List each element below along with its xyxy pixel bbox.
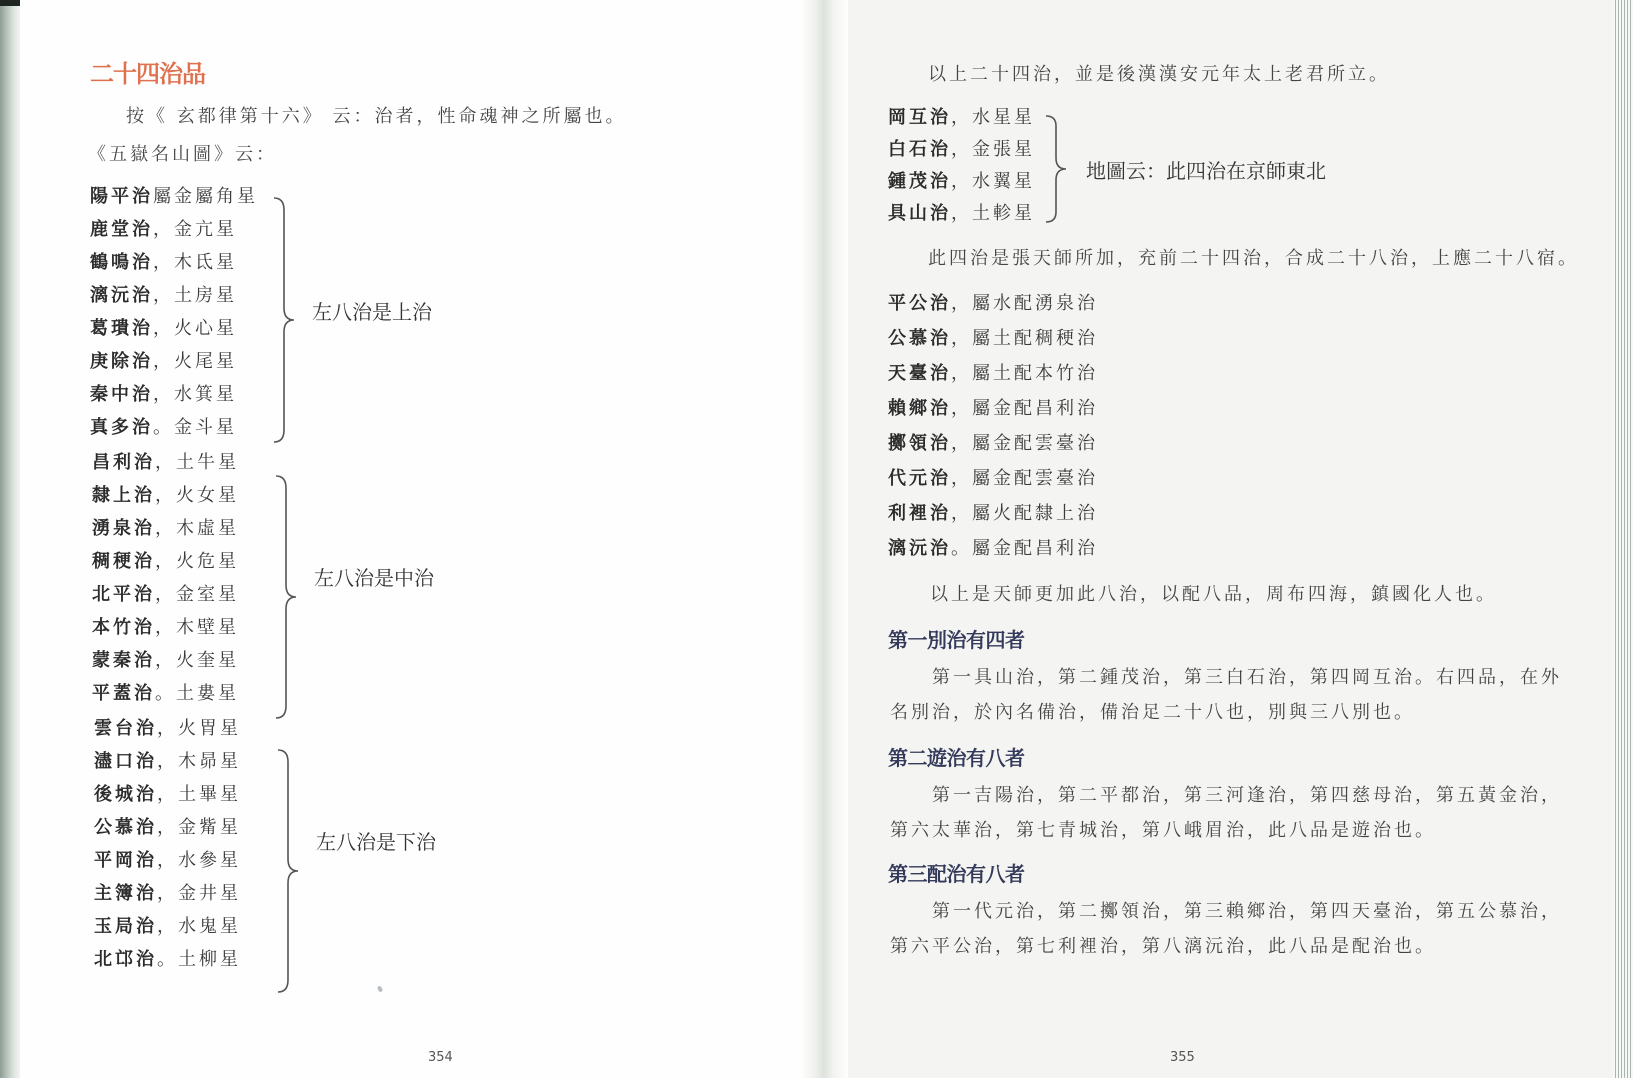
list-item: 本竹治，木壁星 [92,611,239,644]
group-label-lower: 左八治是下治 [316,826,436,855]
list-item: 賴鄉治，屬金配昌利治 [888,391,1098,426]
left-page: 二十四治品 按《 玄都律第十六》 云：治者，性命魂神之所屬也。 《五嶽名山圖》云… [20,0,820,1078]
zhi-group-middle: 昌利治，土牛星 隸上治，火女星 湧泉治，木虛星 稠稉治，火危星 北平治，金室星 … [92,446,239,710]
list-item: 昌利治，土牛星 [92,446,239,479]
section-3-line-2: 第六平公治，第七利裡治，第八漓沅治，此八品是配治也。 [890,929,1550,964]
curly-brace-icon [276,748,306,994]
section-2-line-2: 第六太華治，第七青城治，第八峨眉治，此八品是遊治也。 [890,813,1550,848]
book-spread: 二十四治品 按《 玄都律第十六》 云：治者，性命魂神之所屬也。 《五嶽名山圖》云… [0,0,1633,1078]
section-heading-2: 第二遊治有八者 [888,742,1025,771]
list-item: 陽平治屬金屬角星 [90,180,258,213]
page-number-left: 354 [428,1050,453,1065]
page-edge-right [1613,0,1633,1078]
extra-group-label: 地圖云：此四治在京師東北 [1086,155,1326,184]
group-label-middle: 左八治是中治 [314,562,434,591]
list-item: 北邙治。土柳星 [94,943,241,976]
list-item: 湧泉治，木虛星 [92,512,239,545]
list-item: 主簿治，金井星 [94,877,241,910]
extra-note: 此四治是張天師所加，充前二十四治，合成二十八治，上應二十八宿。 [928,244,1579,270]
list-item: 平蓋治。土婁星 [92,677,239,710]
list-item: 隸上治，火女星 [92,479,239,512]
scan-speck [377,985,383,992]
chapter-title: 二十四治品 [90,54,205,89]
zhi-group-upper: 陽平治屬金屬角星 鹿堂治，金亢星 鶴鳴治，木氐星 漓沅治，土房星 葛璝治，火心星… [90,180,258,444]
curly-brace-icon [274,474,304,720]
pairing-list: 平公治，屬水配湧泉治 公慕治，屬土配稠稉治 天臺治，屬土配本竹治 賴鄉治，屬金配… [888,286,1098,566]
list-item: 後城治，土畢星 [94,778,241,811]
section-2-line-1: 第一吉陽治，第二平都治，第三河逢治，第四慈母治，第五黃金治， [890,778,1550,813]
list-item: 鶴鳴治，木氐星 [90,246,258,279]
list-item: 平公治，屬水配湧泉治 [888,286,1098,321]
section-1-line-1: 第一具山治，第二鍾茂治，第三白石治，第四岡互治。右四品，在外 [890,660,1550,695]
section-body-1: 第一具山治，第二鍾茂治，第三白石治，第四岡互治。右四品，在外 名別治，於內名備治… [890,660,1550,730]
right-page: 以上二十四治，並是後漢漢安元年太上老君所立。 岡互治，水星星 白石治，金張星 鍾… [820,0,1613,1078]
list-item: 北平治，金室星 [92,578,239,611]
list-item: 天臺治，屬土配本竹治 [888,356,1098,391]
list-item: 公慕治，金觜星 [94,811,241,844]
intro-line-1: 按《 玄都律第十六》 云：治者，性命魂神之所屬也。 [126,102,626,128]
list-item: 岡互治，水星星 [888,102,1035,134]
list-item: 鹿堂治，金亢星 [90,213,258,246]
section-heading-1: 第一別治有四者 [888,624,1025,653]
curly-brace-icon [1044,114,1074,224]
list-item: 葛璝治，火心星 [90,312,258,345]
list-item: 真多治。金斗星 [90,411,258,444]
page-edge-left [0,0,20,1078]
list-item: 代元治，屬金配雲臺治 [888,461,1098,496]
section-1-line-2: 名別治，於內名備治，備治足二十八也，別與三八別也。 [890,695,1550,730]
section-body-2: 第一吉陽治，第二平都治，第三河逢治，第四慈母治，第五黃金治， 第六太華治，第七青… [890,778,1550,848]
group-label-upper: 左八治是上治 [312,296,432,325]
list-item: 擲領治，屬金配雲臺治 [888,426,1098,461]
list-item: 玉局治，水鬼星 [94,910,241,943]
list-item: 鍾茂治，水翼星 [888,166,1035,198]
section-heading-3: 第三配治有八者 [888,858,1025,887]
page-number-right: 355 [1170,1050,1195,1065]
list-item: 濜口治，木昴星 [94,745,241,778]
extra-zhi-group: 岡互治，水星星 白石治，金張星 鍾茂治，水翼星 具山治，土軫星 [888,102,1035,230]
list-item: 公慕治，屬土配稠稉治 [888,321,1098,356]
list-item: 利裡治，屬火配隸上治 [888,496,1098,531]
list-item: 蒙秦治，火奎星 [92,644,239,677]
curly-brace-icon [272,196,302,444]
list-item: 漓沅治，土房星 [90,279,258,312]
section-body-3: 第一代元治，第二擲領治，第三賴鄉治，第四天臺治，第五公慕治， 第六平公治，第七利… [890,894,1550,964]
list-item: 秦中治，水箕星 [90,378,258,411]
list-item: 平岡治，水參星 [94,844,241,877]
pairing-summary: 以上是天師更加此八治，以配八品，周布四海，鎮國化人也。 [930,580,1497,606]
summary-line: 以上二十四治，並是後漢漢安元年太上老君所立。 [928,60,1390,86]
list-item: 漓沅治。屬金配昌利治 [888,531,1098,566]
section-3-line-1: 第一代元治，第二擲領治，第三賴鄉治，第四天臺治，第五公慕治， [890,894,1550,929]
list-item: 庚除治，火尾星 [90,345,258,378]
intro-line-2: 《五嶽名山圖》云： [88,140,277,166]
list-item: 雲台治，火胃星 [94,712,241,745]
list-item: 稠稉治，火危星 [92,545,239,578]
list-item: 具山治，土軫星 [888,198,1035,230]
list-item: 白石治，金張星 [888,134,1035,166]
zhi-group-lower: 雲台治，火胃星 濜口治，木昴星 後城治，土畢星 公慕治，金觜星 平岡治，水參星 … [94,712,241,976]
